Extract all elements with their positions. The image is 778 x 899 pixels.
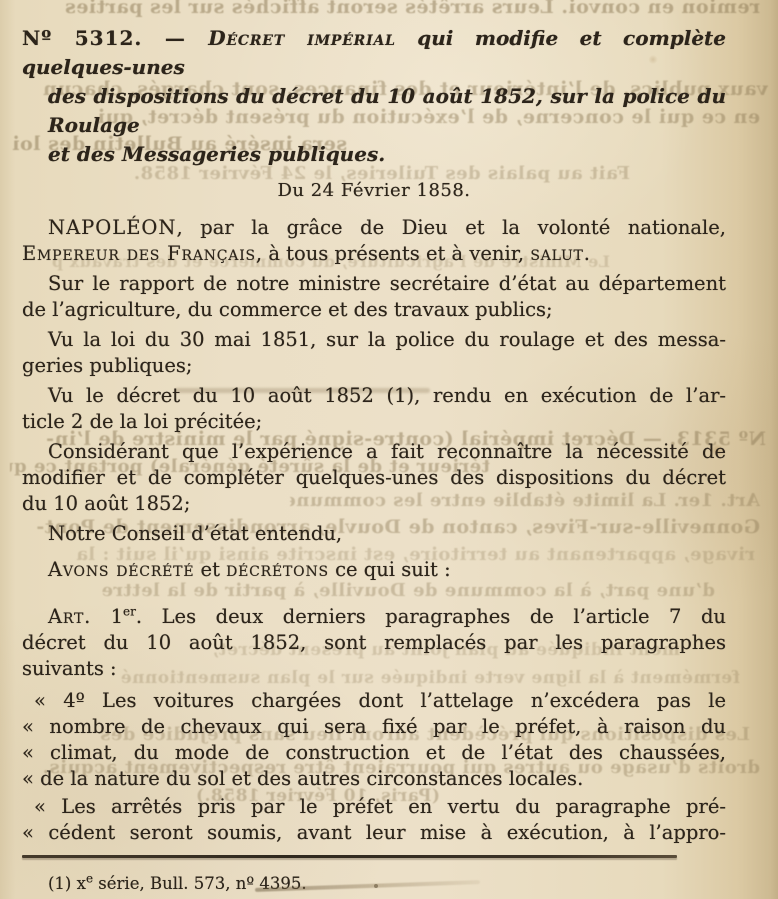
paragraph-considerant: Considérant que l’expérience a fait reco… (22, 439, 726, 517)
text-line: ticle 2 de la loi précitée; (22, 409, 726, 435)
footnote-rule (22, 855, 677, 858)
quoted-line: « nombre de chevaux qui sera fixé par le… (22, 714, 726, 740)
text-line: suivants : (22, 656, 726, 682)
heading-line: Nº 5312. — Décret impérial qui modifie e… (22, 24, 726, 82)
text-line: geries publiques; (22, 353, 726, 379)
text-segment: . (584, 242, 590, 265)
footnote-ref: (1) x (48, 874, 86, 893)
text-line: du 10 août 1852; (22, 491, 726, 517)
quoted-line: « 4º Les voitures chargées dont l’attela… (22, 688, 726, 714)
ordinal-superscript: e (86, 872, 93, 886)
text-line: Art. 1er. Les deux derniers paragraphes … (22, 604, 726, 630)
paragraph-avons-decrete: Avons décrété et décrétons ce qui suit : (22, 557, 726, 583)
text-segment: , à tous présents et à venir, (256, 242, 530, 265)
paragraph-quote-4: « 4º Les voitures chargées dont l’attela… (22, 688, 726, 792)
text-line: Empereur des Français, à tous présents e… (22, 241, 726, 267)
paragraph-vu-loi: Vu la loi du 30 mai 1851, sur la police … (22, 327, 726, 379)
footnote: (1) xe série, Bull. 573, nº 4395. (22, 874, 726, 893)
paragraph-conseil: Notre Conseil d’état entendu, (22, 521, 726, 547)
paragraph-quote-arretes: « Les arrêtés pris par le préfet en vert… (22, 794, 726, 846)
text-segment: . Les deux derniers paragraphes de l’art… (136, 605, 726, 628)
paragraph-article-1: Art. 1er. Les deux derniers paragraphes … (22, 604, 726, 682)
scanned-document-page: remion en convoi. Leurs arrêtés seront a… (0, 0, 778, 899)
text-line: Considérant que l’expérience a fait reco… (22, 439, 726, 465)
text-segment: Empereur des Français (22, 242, 256, 265)
text-line: Notre Conseil d’état entendu, (22, 521, 726, 547)
text-segment: décrétons (226, 558, 329, 581)
text-segment: ce qui suit : (329, 558, 451, 581)
paragraph-preamble: NAPOLÉON, par la grâce de Dieu et la vol… (22, 215, 726, 267)
document-content: Nº 5312. — Décret impérial qui modifie e… (0, 0, 778, 899)
quoted-line: « cédent seront soumis, avant leur mise … (22, 820, 726, 846)
text-line: Sur le rapport de notre ministre secréta… (22, 271, 726, 297)
text-segment: série, Bull. 573, nº (93, 874, 259, 893)
decree-title-smallcaps: Décret impérial (208, 26, 395, 50)
text-line: modifier et de compléter quelques-unes d… (22, 465, 726, 491)
text-line: Vu la loi du 30 mai 1851, sur la police … (22, 327, 726, 353)
quoted-line: « Les arrêtés pris par le préfet en vert… (22, 794, 726, 820)
text-segment: salut (530, 242, 583, 265)
text-line: Avons décrété et décrétons ce qui suit : (22, 557, 726, 583)
heading-line: des dispositions du décret du 10 août 18… (48, 82, 726, 140)
decree-heading: Nº 5312. — Décret impérial qui modifie e… (22, 24, 726, 169)
decree-date: Du 24 Février 1858. (22, 180, 726, 202)
article-label: Art. (48, 605, 91, 628)
paragraph-rapport: Sur le rapport de notre ministre secréta… (22, 271, 726, 323)
heading-line: et des Messageries publiques. (48, 140, 726, 169)
text-segment: NAPOLÉON (48, 216, 177, 239)
text-line: de l’agriculture, du commerce et des tra… (22, 297, 726, 323)
text-line: NAPOLÉON, par la grâce de Dieu et la vol… (22, 215, 726, 241)
text-segment: et (194, 558, 226, 581)
struck-number: 4395. (259, 874, 306, 893)
quoted-line: « climat, du mode de construction et de … (22, 740, 726, 766)
text-segment: 1 (91, 605, 123, 628)
text-segment: , par la grâce de Dieu et la volonté nat… (177, 216, 727, 239)
paragraph-vu-decret: Vu le décret du 10 août 1852 (1), rendu … (22, 383, 726, 435)
text-segment: Avons décrété (48, 558, 194, 581)
ordinal-superscript: er (123, 605, 136, 619)
quoted-line: « de la nature du sol et des autres circ… (22, 766, 726, 792)
text-line: Vu le décret du 10 août 1852 (1), rendu … (22, 383, 726, 409)
decree-number: Nº 5312. — (22, 26, 208, 50)
text-line: décret du 10 août 1852, sont remplacés p… (22, 630, 726, 656)
